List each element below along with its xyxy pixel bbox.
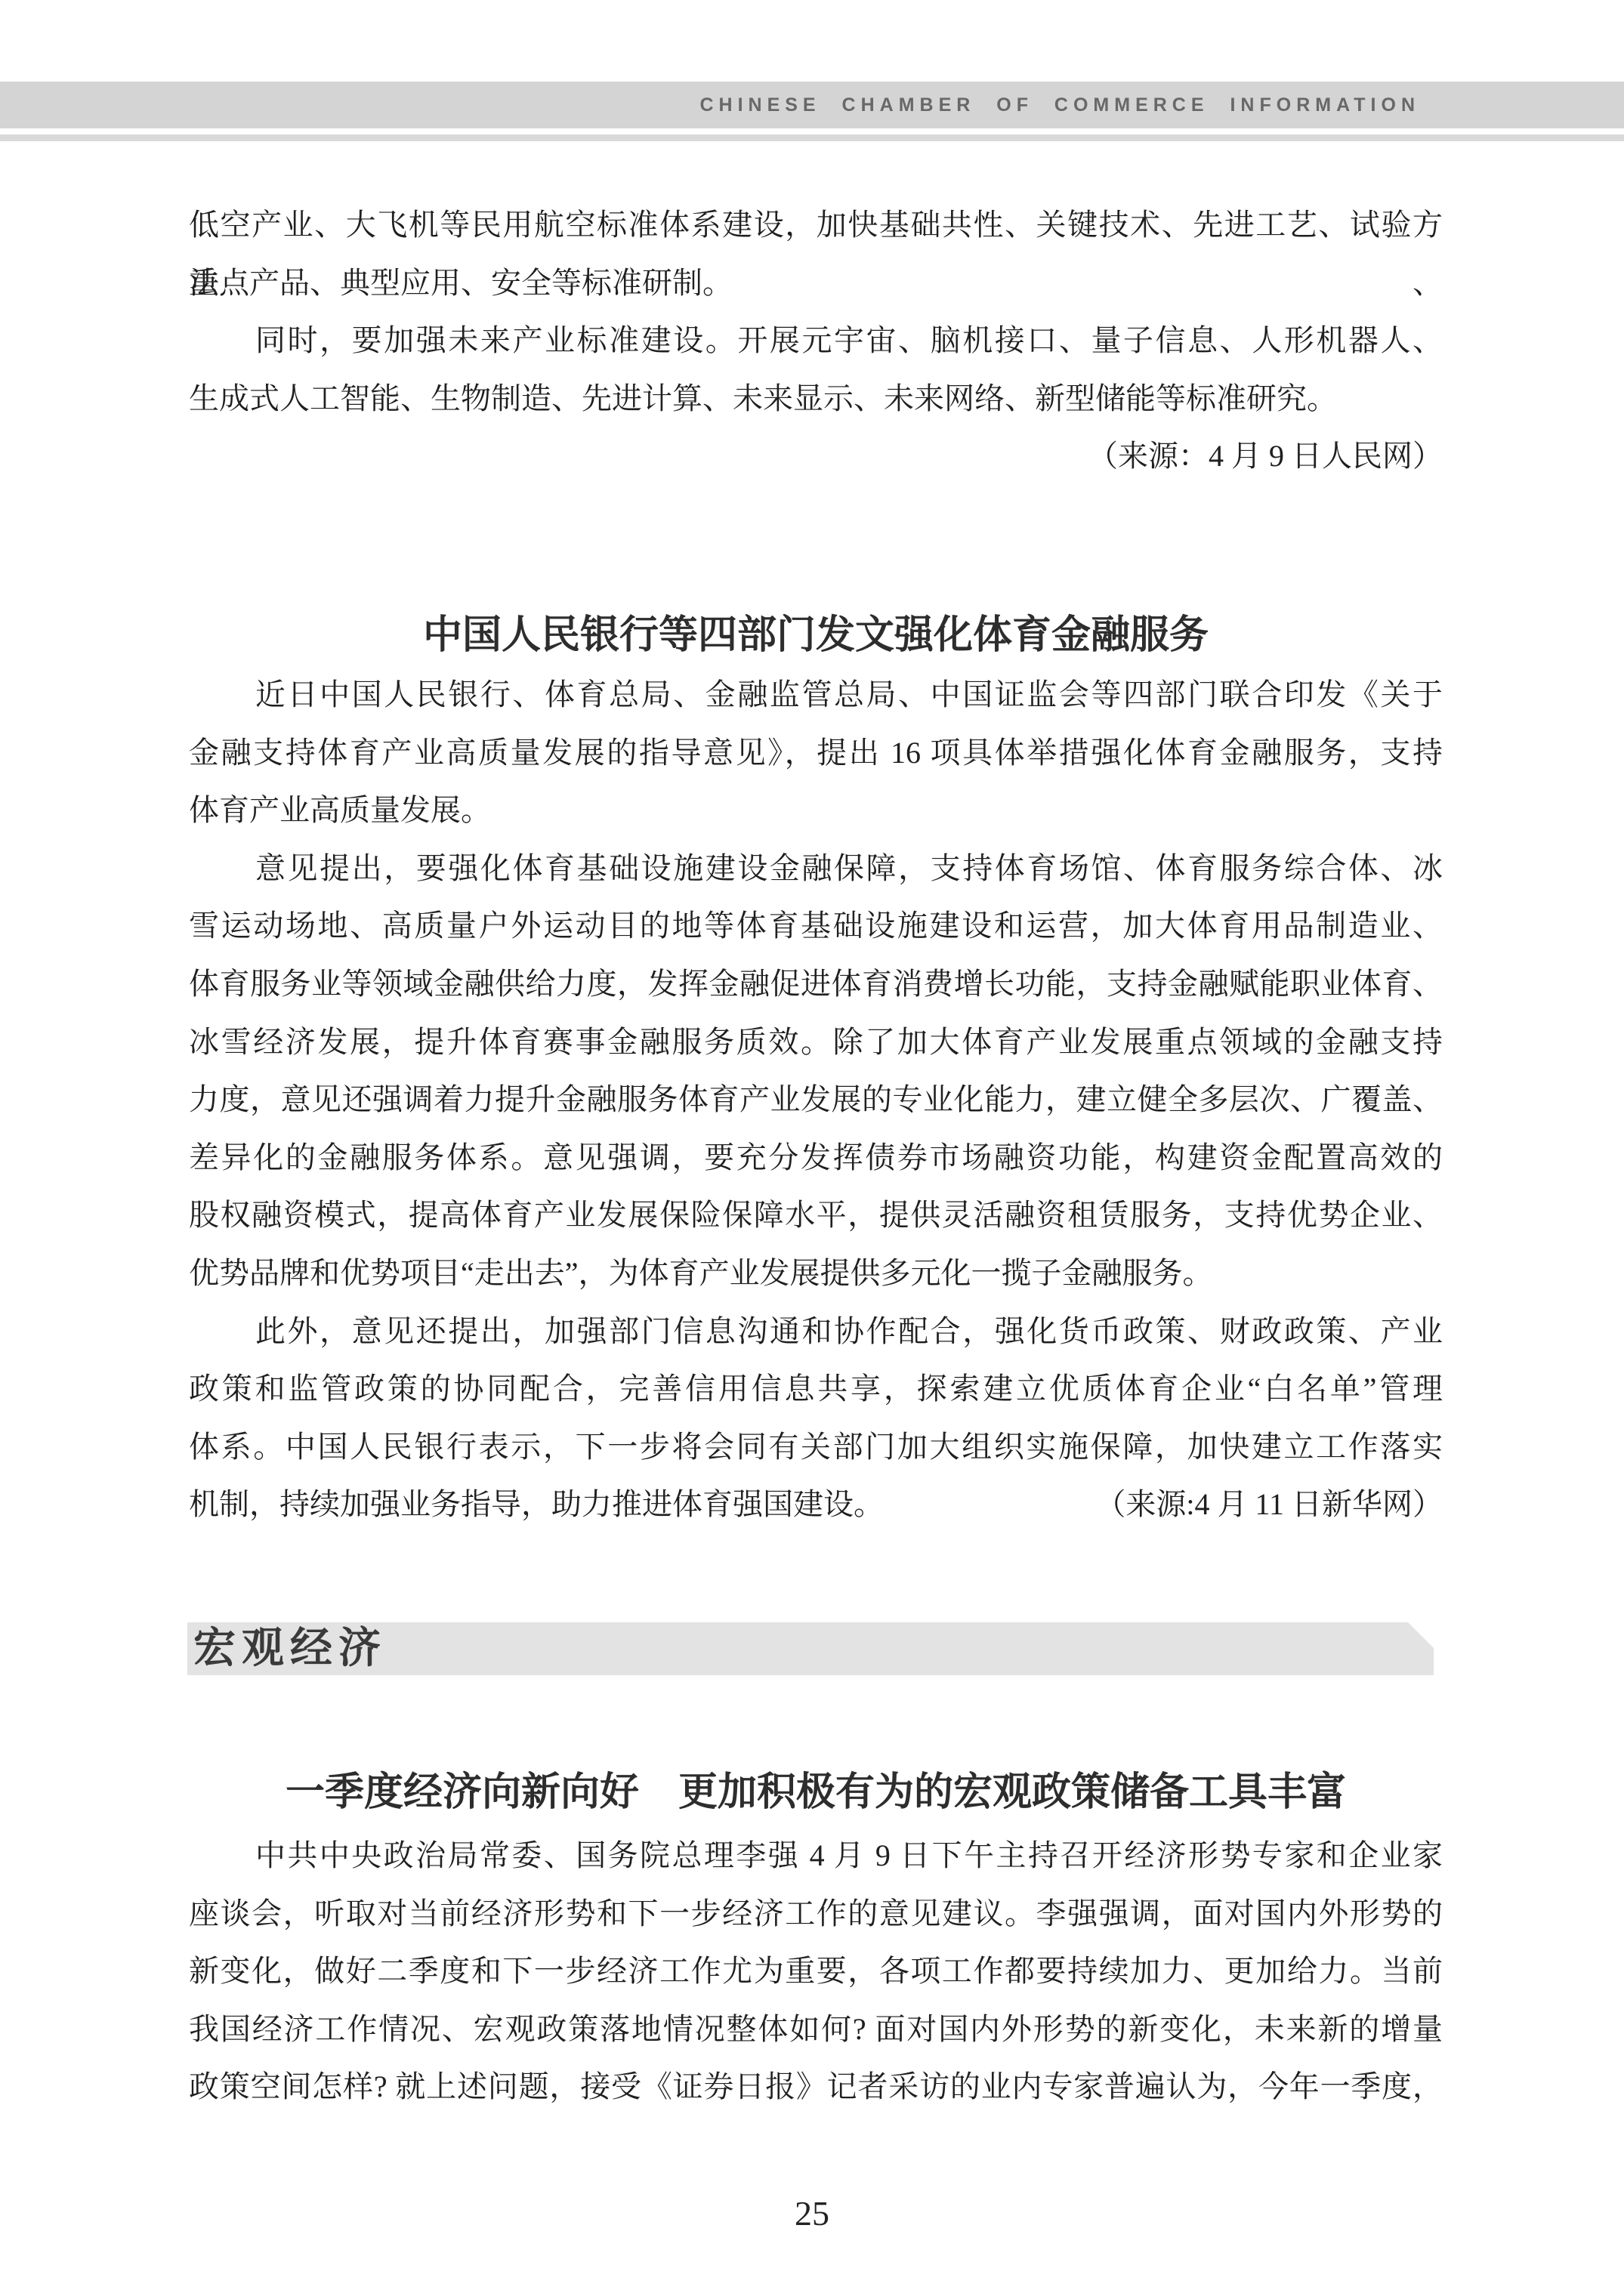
body-line-text: 机制，持续加强业务指导，助力推进体育强国建设。 — [189, 1476, 884, 1534]
body-line: 政策和监管政策的协同配合，完善信用信息共享，探索建立优质体育企业“白名单”管理 — [189, 1360, 1443, 1418]
section-banner-macro-economy: 宏观经济 — [187, 1622, 1434, 1675]
body-line: 意见提出，要强化体育基础设施建设金融保障，支持体育场馆、体育服务综合体、冰 — [189, 840, 1443, 898]
section-banner-label: 宏观经济 — [193, 1625, 387, 1672]
body-line: 中共中央政治局常委、国务院总理李强 4 月 9 日下午主持召开经济形势专家和企业… — [189, 1827, 1443, 1885]
article-sports-finance-body: 近日中国人民银行、体育总局、金融监管总局、中国证监会等四部门联合印发《关于 金融… — [189, 666, 1443, 1534]
page-number: 25 — [0, 2193, 1624, 2235]
body-line: 生成式人工智能、生物制造、先进计算、未来显示、未来网络、新型储能等标准研究。 — [189, 370, 1443, 428]
body-line: 机制，持续加强业务指导，助力推进体育强国建设。 （来源:4 月 11 日新华网） — [189, 1476, 1443, 1534]
body-line: 体育服务业等领域金融供给力度，发挥金融促进体育消费增长功能，支持金融赋能职业体育… — [189, 955, 1443, 1014]
header-band-title: CHINESE CHAMBER OF COMMERCE INFORMATION — [699, 82, 1420, 128]
header-band: CHINESE CHAMBER OF COMMERCE INFORMATION — [0, 82, 1624, 128]
body-line: 力度，意见还强调着力提升金融服务体育产业发展的专业化能力，建立健全多层次、广覆盖… — [189, 1071, 1443, 1129]
body-line: 股权融资模式，提高体育产业发展保险保障水平，提供灵活融资租赁服务，支持优势企业、 — [189, 1187, 1443, 1245]
article-title-q1-economy: 一季度经济向新向好 更加积极有为的宏观政策储备工具丰富 — [189, 1768, 1443, 1816]
body-line: 冰雪经济发展，提升体育赛事金融服务质效。除了加大体育产业发展重点领域的金融支持 — [189, 1014, 1443, 1072]
body-line: 优势品牌和优势项目“走出去”，为体育产业发展提供多元化一揽子金融服务。 — [189, 1245, 1443, 1303]
body-line: 近日中国人民银行、体育总局、金融监管总局、中国证监会等四部门联合印发《关于 — [189, 666, 1443, 724]
body-line: 同时，要加强未来产业标准建设。开展元宇宙、脑机接口、量子信息、人形机器人、 — [189, 312, 1443, 370]
body-line: 体系。中国人民银行表示，下一步将会同有关部门加大组织实施保障，加快建立工作落实 — [189, 1418, 1443, 1477]
body-line: 座谈会，听取对当前经济形势和下一步经济工作的意见建议。李强强调，面对国内外形势的 — [189, 1885, 1443, 1943]
body-line: 金融支持体育产业高质量发展的指导意见》，提出 16 项具体举措强化体育金融服务，… — [189, 724, 1443, 782]
body-line: 雪运动场地、高质量户外运动目的地等体育基础设施建设和运营，加大体育用品制造业、 — [189, 897, 1443, 955]
article-q1-economy-body: 中共中央政治局常委、国务院总理李强 4 月 9 日下午主持召开经济形势专家和企业… — [189, 1827, 1443, 2116]
article-standards-body: 低空产业、大飞机等民用航空标准体系建设，加快基础共性、关键技术、先进工艺、试验方… — [189, 196, 1443, 486]
body-line: 此外，意见还提出，加强部门信息沟通和协作配合，强化货币政策、财政政策、产业 — [189, 1303, 1443, 1361]
source-line: （来源：4 月 9 日人民网） — [189, 427, 1443, 486]
body-line: 我国经济工作情况、宏观政策落地情况整体如何? 面对国内外形势的新变化，未来新的增… — [189, 2001, 1443, 2059]
body-line: 低空产业、大飞机等民用航空标准体系建设，加快基础共性、关键技术、先进工艺、试验方… — [189, 196, 1443, 255]
body-line: 政策空间怎样? 就上述问题，接受《证券日报》记者采访的业内专家普遍认为，今年一季… — [189, 2058, 1443, 2116]
document-page: CHINESE CHAMBER OF COMMERCE INFORMATION … — [0, 0, 1624, 2293]
article-title-sports-finance: 中国人民银行等四部门发文强化体育金融服务 — [189, 611, 1443, 659]
body-line: 差异化的金融服务体系。意见强调，要充分发挥债券市场融资功能，构建资金配置高效的 — [189, 1129, 1443, 1187]
body-line: 体育产业高质量发展。 — [189, 782, 1443, 840]
source-line: （来源:4 月 11 日新华网） — [1095, 1476, 1443, 1534]
header-rule — [0, 134, 1624, 141]
body-line: 新变化，做好二季度和下一步经济工作尤为重要，各项工作都要持续加力、更加给力。当前 — [189, 1943, 1443, 2001]
